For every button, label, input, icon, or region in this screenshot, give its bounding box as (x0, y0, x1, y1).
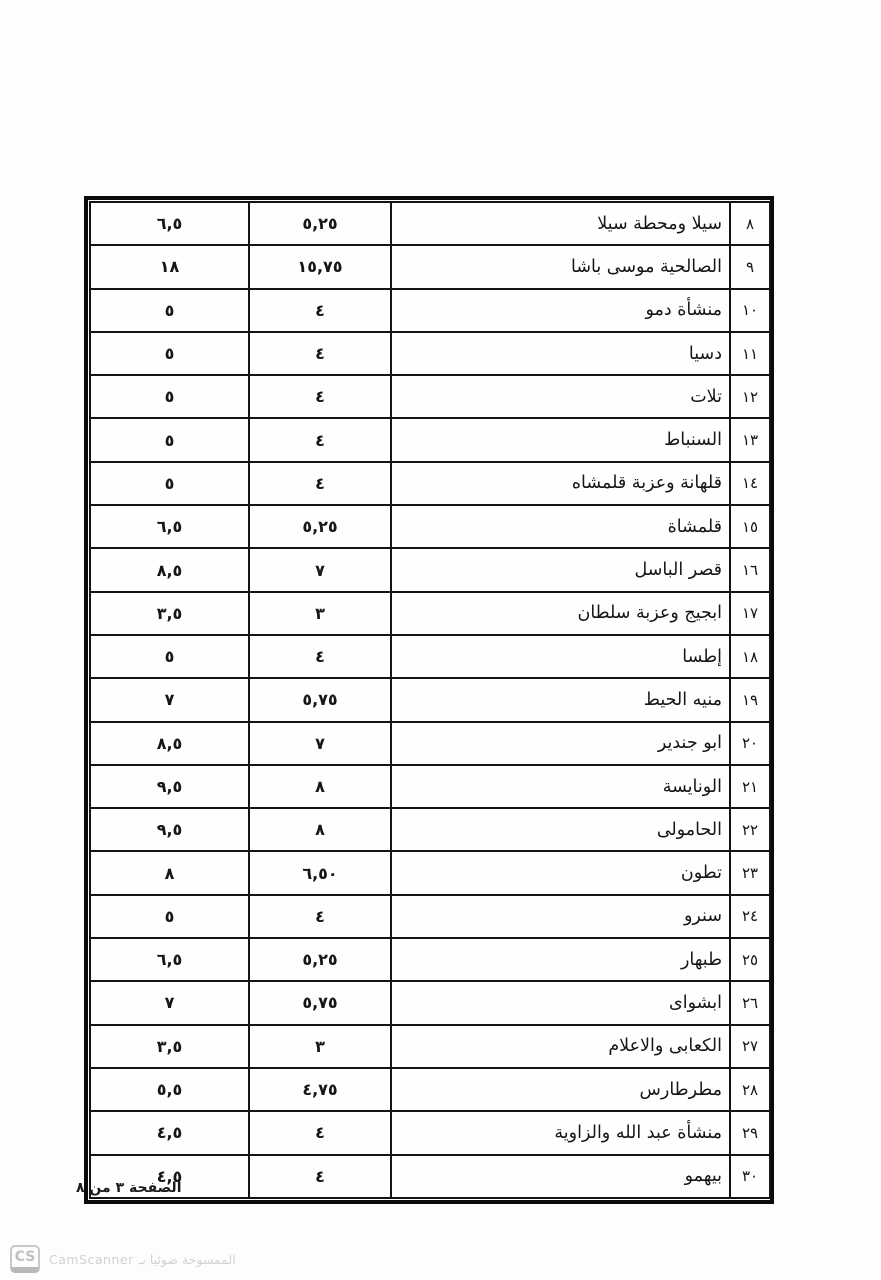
villages-table-grid: ٨سيلا ومحطة سيلا٥,٢٥٦,٥٩الصالحية موسى با… (89, 201, 771, 1199)
left-value-cell: ٨,٥ (90, 722, 249, 765)
camscanner-logo-text: CS (15, 1250, 36, 1264)
left-value-cell: ٥,٥ (90, 1068, 249, 1111)
mid-value-cell: ٤ (249, 332, 391, 375)
table-row: ١٦قصر الباسل٧٨,٥ (90, 548, 770, 591)
page-number-footer: الصفحة ٣ من ٨ (76, 1180, 182, 1196)
table-body: ٨سيلا ومحطة سيلا٥,٢٥٦,٥٩الصالحية موسى با… (90, 202, 770, 1198)
row-number-cell: ١٩ (730, 678, 770, 721)
row-number-cell: ٣٠ (730, 1155, 770, 1198)
village-name-cell: سنرو (391, 895, 730, 938)
village-name-cell: الكعابى والاعلام (391, 1025, 730, 1068)
village-name-cell: قصر الباسل (391, 548, 730, 591)
left-value-cell: ٥ (90, 462, 249, 505)
village-name-cell: ابشواى (391, 981, 730, 1024)
mid-value-cell: ٦,٥٠ (249, 851, 391, 894)
mid-value-cell: ٧ (249, 548, 391, 591)
table-row: ٨سيلا ومحطة سيلا٥,٢٥٦,٥ (90, 202, 770, 245)
row-number-cell: ٢٦ (730, 981, 770, 1024)
left-value-cell: ٥ (90, 635, 249, 678)
row-number-cell: ١٢ (730, 375, 770, 418)
row-number-cell: ١٥ (730, 505, 770, 548)
mid-value-cell: ٤ (249, 635, 391, 678)
mid-value-cell: ٥,٧٥ (249, 981, 391, 1024)
village-name-cell: منيه الحيط (391, 678, 730, 721)
left-value-cell: ٣,٥ (90, 592, 249, 635)
row-number-cell: ٢٥ (730, 938, 770, 981)
mid-value-cell: ٤ (249, 1155, 391, 1198)
row-number-cell: ٩ (730, 245, 770, 288)
mid-value-cell: ٥,٢٥ (249, 938, 391, 981)
mid-value-cell: ٤ (249, 1111, 391, 1154)
table-row: ٢٦ابشواى٥,٧٥٧ (90, 981, 770, 1024)
left-value-cell: ٥ (90, 895, 249, 938)
table-row: ١٣السنباط٤٥ (90, 418, 770, 461)
left-value-cell: ١٨ (90, 245, 249, 288)
table-row: ٢٩منشأة عبد الله والزاوية٤٤,٥ (90, 1111, 770, 1154)
row-number-cell: ١٠ (730, 289, 770, 332)
watermark-arabic-label: الممسوحة ضوئيا بـ (139, 1252, 236, 1267)
watermark-brand: CamScanner (49, 1252, 134, 1267)
mid-value-cell: ٤ (249, 895, 391, 938)
row-number-cell: ١٨ (730, 635, 770, 678)
mid-value-cell: ١٥,٧٥ (249, 245, 391, 288)
mid-value-cell: ٨ (249, 765, 391, 808)
village-name-cell: سيلا ومحطة سيلا (391, 202, 730, 245)
left-value-cell: ٨,٥ (90, 548, 249, 591)
left-value-cell: ٨ (90, 851, 249, 894)
village-name-cell: إطسا (391, 635, 730, 678)
table-row: ٩الصالحية موسى باشا١٥,٧٥١٨ (90, 245, 770, 288)
row-number-cell: ٢١ (730, 765, 770, 808)
table-row: ٢٠ابو جندير٧٨,٥ (90, 722, 770, 765)
village-name-cell: الحامولى (391, 808, 730, 851)
row-number-cell: ٢٩ (730, 1111, 770, 1154)
table-row: ١٠منشأة دمو٤٥ (90, 289, 770, 332)
left-value-cell: ٧ (90, 678, 249, 721)
row-number-cell: ٢٣ (730, 851, 770, 894)
mid-value-cell: ٨ (249, 808, 391, 851)
table-row: ١٤قلهانة وعزبة قلمشاه٤٥ (90, 462, 770, 505)
scanned-page: ٨سيلا ومحطة سيلا٥,٢٥٦,٥٩الصالحية موسى با… (0, 0, 881, 1280)
mid-value-cell: ٤ (249, 418, 391, 461)
mid-value-cell: ٣ (249, 592, 391, 635)
village-name-cell: ابو جندير (391, 722, 730, 765)
left-value-cell: ٣,٥ (90, 1025, 249, 1068)
table-row: ١٢تلات٤٥ (90, 375, 770, 418)
mid-value-cell: ٤,٧٥ (249, 1068, 391, 1111)
village-name-cell: قلهانة وعزبة قلمشاه (391, 462, 730, 505)
table-row: ١٩منيه الحيط٥,٧٥٧ (90, 678, 770, 721)
row-number-cell: ٢٨ (730, 1068, 770, 1111)
watermark-text: الممسوحة ضوئيا بـ CamScanner (49, 1252, 236, 1267)
mid-value-cell: ٤ (249, 375, 391, 418)
mid-value-cell: ٥,٢٥ (249, 202, 391, 245)
row-number-cell: ٨ (730, 202, 770, 245)
left-value-cell: ٤,٥ (90, 1111, 249, 1154)
table-row: ٢٥طبهار٥,٢٥٦,٥ (90, 938, 770, 981)
village-name-cell: بيهمو (391, 1155, 730, 1198)
table-row: ٢٧الكعابى والاعلام٣٣,٥ (90, 1025, 770, 1068)
row-number-cell: ١١ (730, 332, 770, 375)
village-name-cell: قلمشاة (391, 505, 730, 548)
mid-value-cell: ٥,٧٥ (249, 678, 391, 721)
table-row: ٢٤سنرو٤٥ (90, 895, 770, 938)
camscanner-logo-icon: CS (10, 1245, 40, 1273)
village-name-cell: ابجيج وعزبة سلطان (391, 592, 730, 635)
camscanner-watermark: CS الممسوحة ضوئيا بـ CamScanner (10, 1245, 236, 1273)
table-row: ٢١الونايسة٨٩,٥ (90, 765, 770, 808)
left-value-cell: ٩,٥ (90, 808, 249, 851)
mid-value-cell: ٤ (249, 289, 391, 332)
village-name-cell: الونايسة (391, 765, 730, 808)
mid-value-cell: ٥,٢٥ (249, 505, 391, 548)
table-row: ١٨إطسا٤٥ (90, 635, 770, 678)
left-value-cell: ٥ (90, 418, 249, 461)
table-row: ٣٠بيهمو٤٤,٥ (90, 1155, 770, 1198)
left-value-cell: ٦,٥ (90, 202, 249, 245)
village-name-cell: منشأة دمو (391, 289, 730, 332)
row-number-cell: ١٤ (730, 462, 770, 505)
row-number-cell: ١٣ (730, 418, 770, 461)
village-name-cell: منشأة عبد الله والزاوية (391, 1111, 730, 1154)
village-name-cell: السنباط (391, 418, 730, 461)
table-row: ١٧ابجيج وعزبة سلطان٣٣,٥ (90, 592, 770, 635)
village-name-cell: مطرطارس (391, 1068, 730, 1111)
village-name-cell: تطون (391, 851, 730, 894)
village-name-cell: تلات (391, 375, 730, 418)
row-number-cell: ١٦ (730, 548, 770, 591)
left-value-cell: ٦,٥ (90, 938, 249, 981)
row-number-cell: ٢٢ (730, 808, 770, 851)
left-value-cell: ٥ (90, 375, 249, 418)
table-row: ٢٣تطون٦,٥٠٨ (90, 851, 770, 894)
left-value-cell: ٦,٥ (90, 505, 249, 548)
row-number-cell: ١٧ (730, 592, 770, 635)
row-number-cell: ٢٠ (730, 722, 770, 765)
mid-value-cell: ٧ (249, 722, 391, 765)
village-name-cell: طبهار (391, 938, 730, 981)
row-number-cell: ٢٤ (730, 895, 770, 938)
village-name-cell: الصالحية موسى باشا (391, 245, 730, 288)
table-row: ١١دسيا٤٥ (90, 332, 770, 375)
left-value-cell: ٧ (90, 981, 249, 1024)
mid-value-cell: ٣ (249, 1025, 391, 1068)
table-row: ٢٨مطرطارس٤,٧٥٥,٥ (90, 1068, 770, 1111)
villages-table: ٨سيلا ومحطة سيلا٥,٢٥٦,٥٩الصالحية موسى با… (84, 196, 774, 1204)
village-name-cell: دسيا (391, 332, 730, 375)
row-number-cell: ٢٧ (730, 1025, 770, 1068)
left-value-cell: ٥ (90, 332, 249, 375)
table-row: ٢٢الحامولى٨٩,٥ (90, 808, 770, 851)
left-value-cell: ٩,٥ (90, 765, 249, 808)
mid-value-cell: ٤ (249, 462, 391, 505)
table-row: ١٥قلمشاة٥,٢٥٦,٥ (90, 505, 770, 548)
left-value-cell: ٥ (90, 289, 249, 332)
